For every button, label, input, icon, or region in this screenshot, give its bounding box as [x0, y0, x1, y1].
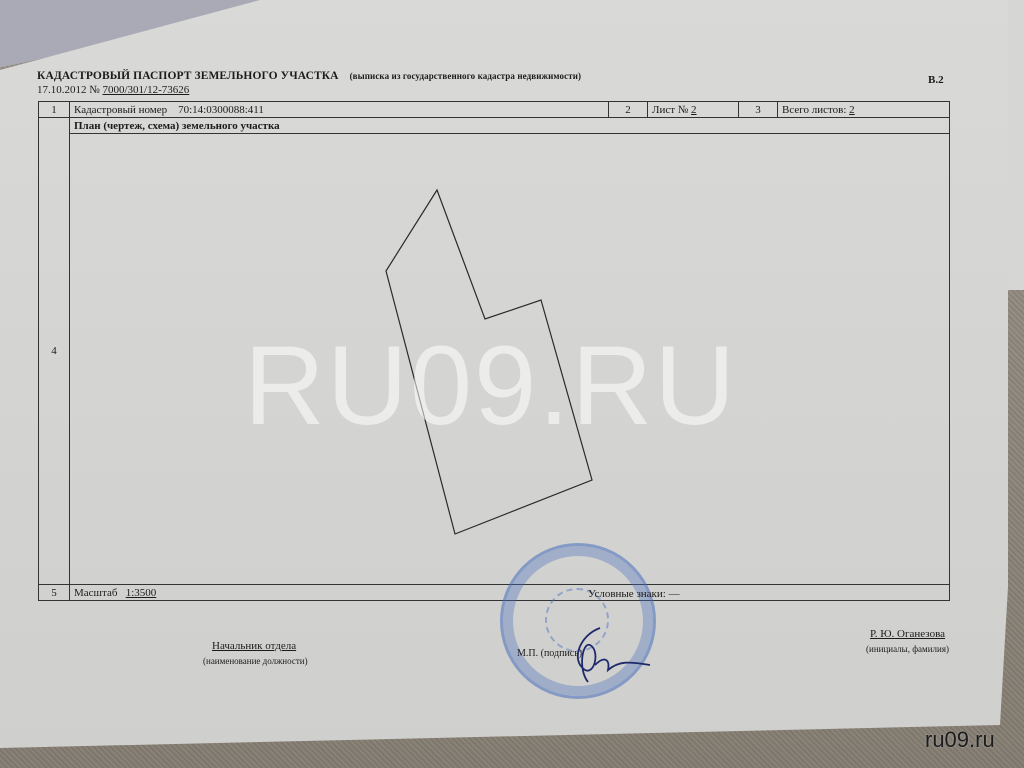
legend: Условные знаки: — — [588, 588, 680, 600]
signatory-name: Р. Ю. Оганезова — [870, 628, 945, 640]
signatory-name-caption: (инициалы, фамилия) — [866, 644, 949, 654]
legend-line-symbol: — — [669, 588, 680, 600]
position-title: Начальник отдела — [212, 640, 296, 652]
position-caption: (наименование должности) — [203, 656, 308, 666]
watermark: RU09.RU — [244, 330, 737, 442]
handwritten-signature — [560, 620, 660, 690]
site-watermark: ru09.ru — [925, 727, 995, 753]
legend-label: Условные знаки: — [588, 588, 666, 600]
